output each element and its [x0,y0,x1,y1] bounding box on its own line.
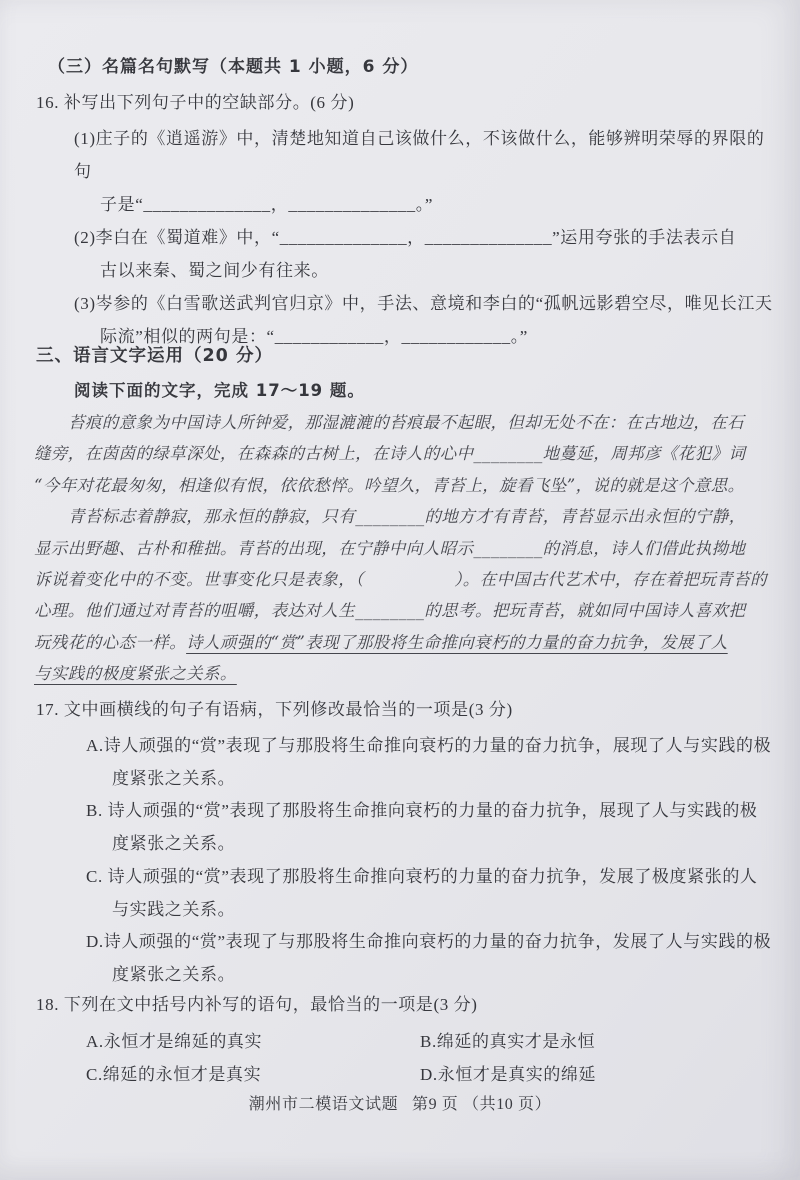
passage-text: 心理。他们通过对青苔的咀嚼，表达对人生________的思考。把玩青苔，就如同中… [34,601,745,620]
section-yuyan-title: 三、语言文字运用（20 分） [36,342,273,367]
question-18-stem: 18. 下列在文中括号内补写的语句，最恰当的一项是(3 分) [36,990,478,1015]
q18-option: C.绵延的永恒才是真实 [86,1058,420,1091]
reading-prompt: 阅读下面的文字，完成 17～19 题。 [74,377,365,401]
passage-line: 与实践的极度紧张之关系。 [34,658,774,689]
q18-option: B.绵延的真实才是永恒 [420,1025,596,1058]
exam-page: （三）名篇名句默写（本题共 1 小题，6 分） 16. 补写出下列句子中的空缺部… [0,0,800,1180]
q16-item-line: 古以来秦、蜀之间少有往来。 [74,254,774,287]
q17-option-line: 与实践之关系。 [86,894,776,927]
q17-option-line: D.诗人顽强的“赏”表现了与那股将生命推向衰朽的力量的奋力抗争，发展了人与实践的… [86,926,776,959]
passage-text: 苔痕的意象为中国诗人所钟爱，那湿漉漉的苔痕最不起眼，但却无处不在：在古地边，在石 [68,413,744,432]
q16-item-line: 子是“______________，______________。” [74,188,774,221]
question-17-stem: 17. 文中画横线的句子有语病，下列修改最恰当的一项是(3 分) [36,695,513,720]
passage-line: 缝旁，在茵茵的绿草深处，在森森的古树上，在诗人的心中________地蔓延，周邦… [34,438,774,469]
underlined-sentence: 诗人顽强的“赏”表现了那股将生命推向衰朽的力量的奋力抗争，发展了人 [186,633,728,652]
q17-option-line: C. 诗人顽强的“赏”表现了那股将生命推向衰朽的力量的奋力抗争，发展了极度紧张的… [86,861,776,894]
q16-item-line: (3)岑参的《白雪歌送武判官归京》中，手法、意境和李白的“孤帆远影碧空尽，唯见长… [74,287,774,320]
q17-option-line: A.诗人顽强的“赏”表现了与那股将生命推向衰朽的力量的奋力抗争，展现了人与实践的… [86,730,776,763]
question-16-stem: 16. 补写出下列句子中的空缺部分。(6 分) [36,88,354,113]
q17-option-line: 度紧张之关系。 [86,959,776,992]
q18-option: A.永恒才是绵延的真实 [86,1025,420,1058]
q18-option: D.永恒才是真实的绵延 [420,1058,596,1091]
passage-line: 苔痕的意象为中国诗人所钟爱，那湿漉漉的苔痕最不起眼，但却无处不在：在古地边，在石 [34,407,774,438]
passage-text: 玩残花的心态一样。 [34,633,186,652]
passage-line: 显示出野趣、古朴和稚拙。青苔的出现，在宁静中向人昭示________的消息，诗人… [34,533,774,564]
passage-line: 玩残花的心态一样。诗人顽强的“赏”表现了那股将生命推向衰朽的力量的奋力抗争，发展… [34,627,774,658]
q16-item-line: (2)李白在《蜀道难》中，“______________，___________… [74,221,774,254]
passage-line: “今年对花最匆匆，相逢似有恨，依依愁悴。吟望久，青苔上，旋看飞坠”，说的就是这个… [34,470,774,501]
q16-items: (1)庄子的《逍遥游》中，清楚地知道自己该做什么，不该做什么，能够辨明荣辱的界限… [74,122,774,353]
q18-options: A.永恒才是绵延的真实B.绵延的真实才是永恒C.绵延的永恒才是真实D.永恒才是真… [86,1025,596,1091]
passage-text: 缝旁，在茵茵的绿草深处，在森森的古树上，在诗人的心中________地蔓延，周邦… [34,444,745,463]
passage-text: “今年对花最匆匆，相逢似有恨，依依愁悴。吟望久，青苔上，旋看飞坠”，说的就是这个… [34,476,745,495]
passage-text: 青苔标志着静寂，那永恒的静寂，只有________的地方才有青苔，青苔显示出永恒… [68,507,746,526]
page-footer: 潮州市二模语文试题 第9 页 （共10 页） [0,1091,800,1114]
q16-item-line: (1)庄子的《逍遥游》中，清楚地知道自己该做什么，不该做什么，能够辨明荣辱的界限… [74,122,774,188]
q17-option-line: 度紧张之关系。 [86,828,776,861]
passage-line: 诉说着变化中的不变。世事变化只是表象，（ ）。在中国古代艺术中，存在着把玩青苔的 [34,564,774,595]
passage-line: 心理。他们通过对青苔的咀嚼，表达对人生________的思考。把玩青苔，就如同中… [34,595,774,626]
q17-option-line: B. 诗人顽强的“赏”表现了那股将生命推向衰朽的力量的奋力抗争，展现了人与实践的… [86,795,776,828]
q17-options: A.诗人顽强的“赏”表现了与那股将生命推向衰朽的力量的奋力抗争，展现了人与实践的… [86,730,776,992]
section-mingju-title: （三）名篇名句默写（本题共 1 小题，6 分） [48,52,418,77]
underlined-sentence: 与实践的极度紧张之关系。 [34,664,237,683]
q17-option-line: 度紧张之关系。 [86,763,776,796]
passage-text: 显示出野趣、古朴和稚拙。青苔的出现，在宁静中向人昭示________的消息，诗人… [34,539,745,558]
passage-text: 诉说着变化中的不变。世事变化只是表象，（ ）。在中国古代艺术中，存在着把玩青苔的 [34,570,767,589]
passage-line: 青苔标志着静寂，那永恒的静寂，只有________的地方才有青苔，青苔显示出永恒… [34,501,774,532]
passage: 苔痕的意象为中国诗人所钟爱，那湿漉漉的苔痕最不起眼，但却无处不在：在古地边，在石… [34,407,774,690]
